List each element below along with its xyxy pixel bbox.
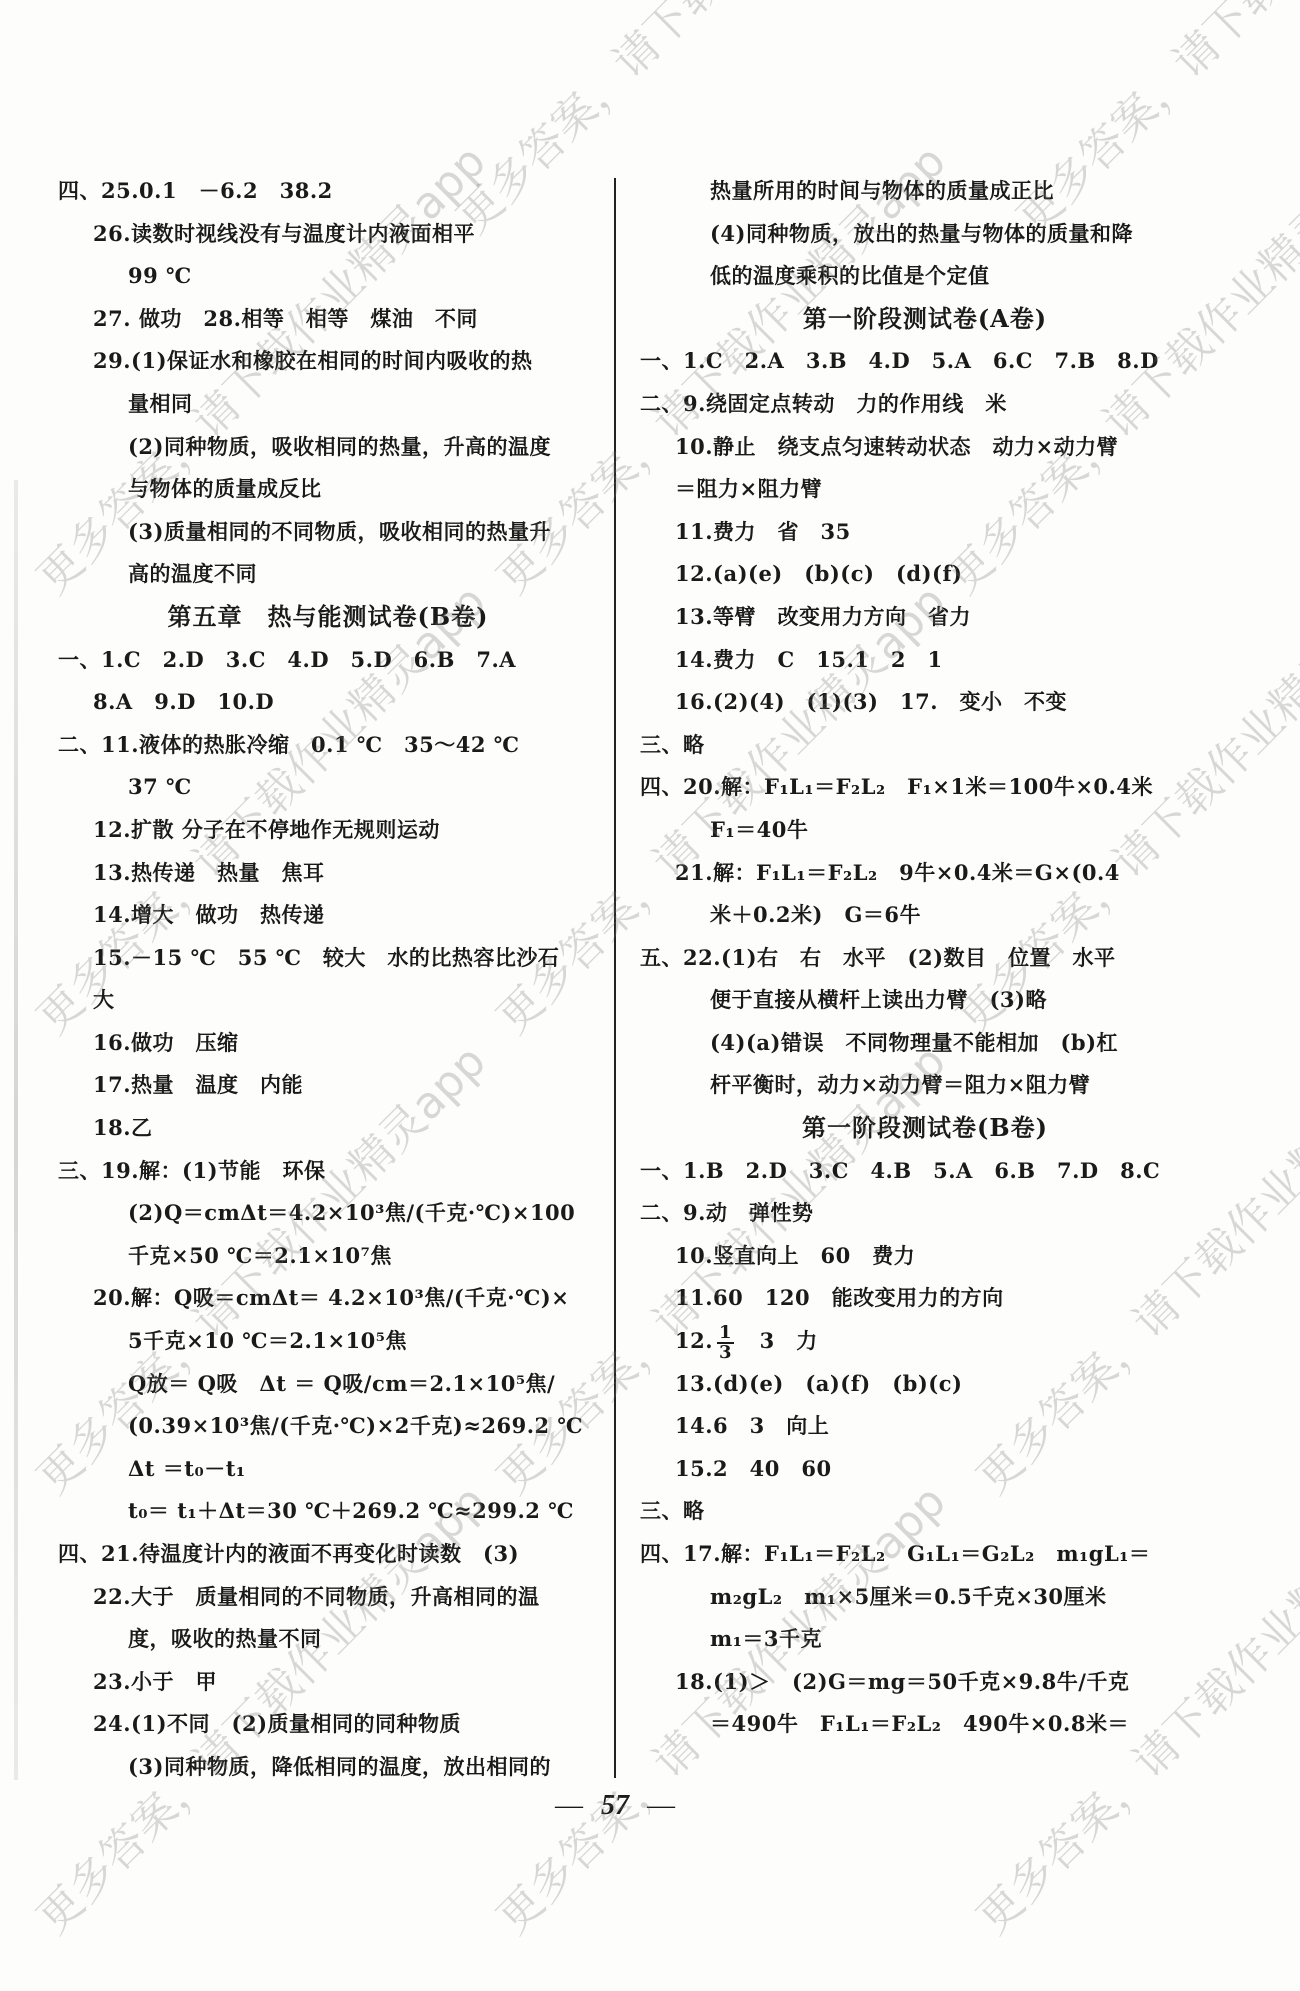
answer-text: 二、9.动 弹性势 (640, 1200, 813, 1225)
right-column: 热量所用的时间与物体的质量成正比(4)同种物质，放出的热量与物体的质量和降低的温… (640, 170, 1210, 1746)
answer-line: Q放＝ Q吸 Δt ＝ Q吸/cm＝2.1×10⁵焦/ (58, 1363, 598, 1406)
answer-text: 24.(1)不同 (2)质量相同的同种物质 (93, 1711, 461, 1736)
answer-line: (4)(a)错误 不同物理量不能相加 (b)杠 (640, 1022, 1210, 1065)
section-heading: 第五章 热与能测试卷(B卷) (58, 596, 598, 639)
answer-line: 杆平衡时，动力×动力臂＝阻力×阻力臂 (640, 1064, 1210, 1107)
answer-text: m₁＝3千克 (710, 1626, 822, 1651)
answer-line: 27. 做功 28.相等 相等 煤油 不同 (58, 298, 598, 341)
answer-line: 度，吸收的热量不同 (58, 1618, 598, 1661)
answer-text: 22.大于 质量相同的不同物质，升高相同的温 (93, 1584, 540, 1609)
answer-line: 23.小于 甲 (58, 1661, 598, 1704)
answer-line: 26.读数时视线没有与温度计内液面相平 (58, 213, 598, 256)
answer-line: 一、1.B 2.D 3.C 4.B 5.A 6.B 7.D 8.C (640, 1150, 1210, 1193)
answer-text: 27. 做功 28.相等 相等 煤油 不同 (93, 306, 478, 331)
answer-text: 37 ℃ (128, 774, 192, 799)
answer-line: 12.13 3 力 (640, 1320, 1210, 1363)
answer-line: 11.费力 省 35 (640, 511, 1210, 554)
answer-line: 13.等臂 改变用力方向 省力 (640, 596, 1210, 639)
answer-text: Q放＝ Q吸 Δt ＝ Q吸/cm＝2.1×10⁵焦/ (128, 1371, 555, 1396)
answer-line: 高的温度不同 (58, 553, 598, 596)
answer-line: (4)同种物质，放出的热量与物体的质量和降 (640, 213, 1210, 256)
answer-text: 26.读数时视线没有与温度计内液面相平 (93, 221, 475, 246)
column-divider (614, 178, 616, 1778)
page-number-value: 57 (601, 1790, 629, 1821)
answer-text: 13.(d)(e) (a)(f) (b)(c) (675, 1371, 962, 1396)
answer-text: 14.增大 做功 热传递 (93, 902, 325, 927)
answer-text: 11.60 120 能改变用力的方向 (675, 1285, 1004, 1310)
answer-text: 16.(2)(4) (1)(3) 17. 变小 不变 (675, 689, 1067, 714)
fraction-numerator: 1 (717, 1324, 734, 1344)
answer-text: 8.A 9.D 10.D (93, 689, 274, 714)
answer-line: 18.(1)＞ (2)G＝mg＝50千克×9.8牛/千克 (640, 1661, 1210, 1704)
answer-line: m₂gL₂ m₁×5厘米＝0.5千克×30厘米 (640, 1576, 1210, 1619)
answer-line: 一、1.C 2.D 3.C 4.D 5.D 6.B 7.A (58, 639, 598, 682)
left-column: 四、25.0.1 －6.2 38.226.读数时视线没有与温度计内液面相平99 … (58, 170, 598, 1789)
answer-line: F₁＝40牛 (640, 809, 1210, 852)
answer-line: 12.(a)(e) (b)(c) (d)(f) (640, 553, 1210, 596)
answer-line: 四、21.待温度计内的液面不再变化时读数 (3) (58, 1533, 598, 1576)
answer-text: 99 ℃ (128, 263, 192, 288)
answer-text: 五、22.(1)右 右 水平 (2)数目 位置 水平 (640, 945, 1116, 970)
answer-line: 低的温度乘积的比值是个定值 (640, 255, 1210, 298)
answer-line: 一、1.C 2.A 3.B 4.D 5.A 6.C 7.B 8.D (640, 340, 1210, 383)
answer-text: 23.小于 甲 (93, 1669, 217, 1694)
answer-text: 14.费力 C 15.1 2 1 (675, 647, 943, 672)
answer-text: (0.39×10³焦/(千克·℃)×2千克)≈269.2 ℃ (128, 1413, 583, 1438)
answer-text: 与物体的质量成反比 (128, 476, 322, 501)
answer-text: 三、19.解：(1)节能 环保 (58, 1158, 326, 1183)
section-heading: 第一阶段测试卷(B卷) (640, 1107, 1210, 1150)
answer-text: 热量所用的时间与物体的质量成正比 (710, 178, 1054, 203)
answer-text: 四、17.解：F₁L₁＝F₂L₂ G₁L₁＝G₂L₂ m₁gL₁＝ (640, 1541, 1150, 1566)
answer-text: 一、1.C 2.A 3.B 4.D 5.A 6.C 7.B 8.D (640, 348, 1159, 373)
answer-line: (3)质量相同的不同物质，吸收相同的热量升 (58, 511, 598, 554)
answer-line: 三、19.解：(1)节能 环保 (58, 1150, 598, 1193)
answer-line: 20.解：Q吸＝cmΔt＝ 4.2×10³焦/(千克·℃)× (58, 1277, 598, 1320)
answer-line: 99 ℃ (58, 255, 598, 298)
answer-line: 24.(1)不同 (2)质量相同的同种物质 (58, 1703, 598, 1746)
answer-text: 千克×50 ℃＝2.1×10⁷焦 (128, 1243, 392, 1268)
answer-line: (0.39×10³焦/(千克·℃)×2千克)≈269.2 ℃ (58, 1405, 598, 1448)
answer-text: 三、略 (640, 1498, 705, 1523)
answer-line: 16.(2)(4) (1)(3) 17. 变小 不变 (640, 681, 1210, 724)
answer-line: 13.热传递 热量 焦耳 (58, 852, 598, 895)
answer-text: 低的温度乘积的比值是个定值 (710, 263, 990, 288)
answer-line: 便于直接从横杆上读出力臂 (3)略 (640, 979, 1210, 1022)
answer-line: 29.(1)保证水和橡胶在相同的时间内吸收的热 (58, 340, 598, 383)
answer-line: 10.静止 绕支点匀速转动状态 动力×动力臂 (640, 426, 1210, 469)
answer-line: ＝阻力×阻力臂 (640, 468, 1210, 511)
answer-text: 四、20.解：F₁L₁＝F₂L₂ F₁×1米＝100牛×0.4米 (640, 774, 1153, 799)
answer-line: (2)同种物质，吸收相同的热量，升高的温度 (58, 426, 598, 469)
page-number-dash-right: — (647, 1790, 675, 1821)
answer-text: 第五章 热与能测试卷(B卷) (168, 602, 489, 631)
answer-text: 12.扩散 分子在不停地作无规则运动 (93, 817, 440, 842)
answer-text: 20.解：Q吸＝cmΔt＝ 4.2×10³焦/(千克·℃)× (93, 1285, 569, 1310)
answer-text: 度，吸收的热量不同 (128, 1626, 322, 1651)
answer-text: 大 (93, 987, 115, 1012)
answer-text: 17.热量 温度 内能 (93, 1072, 303, 1097)
answer-text: 13.热传递 热量 焦耳 (93, 860, 325, 885)
answer-text: t₀＝ t₁＋Δt＝30 ℃＋269.2 ℃≈299.2 ℃ (128, 1498, 574, 1523)
answer-line: 三、略 (640, 1490, 1210, 1533)
answer-text: ＝490牛 F₁L₁＝F₂L₂ 490牛×0.8米＝ (710, 1711, 1129, 1736)
answer-line: 大 (58, 979, 598, 1022)
answer-text: 3 力 (738, 1328, 818, 1353)
answer-text: 11.费力 省 35 (675, 519, 851, 544)
answer-line: (3)同种物质，降低相同的温度，放出相同的 (58, 1746, 598, 1789)
answer-line: 15.－15 ℃ 55 ℃ 较大 水的比热容比沙石 (58, 937, 598, 980)
answer-text: (3)同种物质，降低相同的温度，放出相同的 (128, 1754, 551, 1779)
answer-text: (2)Q＝cmΔt＝4.2×10³焦/(千克·℃)×100 (128, 1200, 575, 1225)
answer-line: 37 ℃ (58, 766, 598, 809)
answer-text: (4)同种物质，放出的热量与物体的质量和降 (710, 221, 1133, 246)
answer-line: 22.大于 质量相同的不同物质，升高相同的温 (58, 1576, 598, 1619)
answer-text: 一、1.C 2.D 3.C 4.D 5.D 6.B 7.A (58, 647, 516, 672)
page-edge-shadow (14, 480, 18, 1780)
answer-text: 21.解：F₁L₁＝F₂L₂ 9牛×0.4米＝G×(0.4 (675, 860, 1120, 885)
page-number: —57— (0, 1790, 1230, 1822)
answer-line: ＝490牛 F₁L₁＝F₂L₂ 490牛×0.8米＝ (640, 1703, 1210, 1746)
answer-line: 14.6 3 向上 (640, 1405, 1210, 1448)
answer-text: 四、21.待温度计内的液面不再变化时读数 (3) (58, 1541, 519, 1566)
answer-text: 16.做功 压缩 (93, 1030, 239, 1055)
answer-text: 第一阶段测试卷(B卷) (802, 1113, 1048, 1142)
answer-text: (3)质量相同的不同物质，吸收相同的热量升 (128, 519, 551, 544)
answer-text: 杆平衡时，动力×动力臂＝阻力×阻力臂 (710, 1072, 1090, 1097)
answer-line: 四、20.解：F₁L₁＝F₂L₂ F₁×1米＝100牛×0.4米 (640, 766, 1210, 809)
answer-line: m₁＝3千克 (640, 1618, 1210, 1661)
answer-line: 16.做功 压缩 (58, 1022, 598, 1065)
answer-text: 三、略 (640, 732, 705, 757)
answer-line: 15.2 40 60 (640, 1448, 1210, 1491)
answer-line: 三、略 (640, 724, 1210, 767)
answer-text: 二、11.液体的热胀冷缩 0.1 ℃ 35～42 ℃ (58, 732, 519, 757)
answer-line: 14.费力 C 15.1 2 1 (640, 639, 1210, 682)
answer-line: 二、11.液体的热胀冷缩 0.1 ℃ 35～42 ℃ (58, 724, 598, 767)
answer-text: 便于直接从横杆上读出力臂 (3)略 (710, 987, 1047, 1012)
answer-line: 量相同 (58, 383, 598, 426)
answer-text: 12.(a)(e) (b)(c) (d)(f) (675, 561, 962, 586)
answer-text: ＝阻力×阻力臂 (675, 476, 822, 501)
answer-line: Δt ＝t₀－t₁ (58, 1448, 598, 1491)
answer-line: 与物体的质量成反比 (58, 468, 598, 511)
answer-line: 五、22.(1)右 右 水平 (2)数目 位置 水平 (640, 937, 1210, 980)
answer-line: 四、17.解：F₁L₁＝F₂L₂ G₁L₁＝G₂L₂ m₁gL₁＝ (640, 1533, 1210, 1576)
answer-text: 高的温度不同 (128, 561, 257, 586)
answer-text: 10.静止 绕支点匀速转动状态 动力×动力臂 (675, 434, 1118, 459)
answer-text: 18.乙 (93, 1115, 153, 1140)
answer-text: 10.竖直向上 60 费力 (675, 1243, 915, 1268)
answer-text: 米＋0.2米) G＝6牛 (710, 902, 921, 927)
answer-text: 14.6 3 向上 (675, 1413, 829, 1438)
answer-line: (2)Q＝cmΔt＝4.2×10³焦/(千克·℃)×100 (58, 1192, 598, 1235)
answer-text: m₂gL₂ m₁×5厘米＝0.5千克×30厘米 (710, 1584, 1107, 1609)
section-heading: 第一阶段测试卷(A卷) (640, 298, 1210, 341)
answer-text: 18.(1)＞ (2)G＝mg＝50千克×9.8牛/千克 (675, 1669, 1129, 1694)
answer-line: 14.增大 做功 热传递 (58, 894, 598, 937)
answer-text: (2)同种物质，吸收相同的热量，升高的温度 (128, 434, 551, 459)
answer-line: 12.扩散 分子在不停地作无规则运动 (58, 809, 598, 852)
fraction: 13 (717, 1324, 734, 1362)
answer-line: 10.竖直向上 60 费力 (640, 1235, 1210, 1278)
answer-text: 第一阶段测试卷(A卷) (803, 304, 1047, 333)
answer-line: 米＋0.2米) G＝6牛 (640, 894, 1210, 937)
answer-line: 13.(d)(e) (a)(f) (b)(c) (640, 1363, 1210, 1406)
answer-text: 二、9.绕固定点转动 力的作用线 米 (640, 391, 1007, 416)
answer-text: 13.等臂 改变用力方向 省力 (675, 604, 971, 629)
fraction-denominator: 3 (717, 1344, 734, 1362)
answer-line: 二、9.绕固定点转动 力的作用线 米 (640, 383, 1210, 426)
answer-text: F₁＝40牛 (710, 817, 808, 842)
answer-line: 千克×50 ℃＝2.1×10⁷焦 (58, 1235, 598, 1278)
answer-line: 二、9.动 弹性势 (640, 1192, 1210, 1235)
page-number-dash-left: — (555, 1790, 583, 1821)
answer-text: Δt ＝t₀－t₁ (128, 1456, 246, 1481)
answer-line: 18.乙 (58, 1107, 598, 1150)
answer-line: 21.解：F₁L₁＝F₂L₂ 9牛×0.4米＝G×(0.4 (640, 852, 1210, 895)
answer-text: 量相同 (128, 391, 193, 416)
answer-text: (4)(a)错误 不同物理量不能相加 (b)杠 (710, 1030, 1118, 1055)
answer-line: 11.60 120 能改变用力的方向 (640, 1277, 1210, 1320)
answer-text: 29.(1)保证水和橡胶在相同的时间内吸收的热 (93, 348, 533, 373)
answer-text: 12. (675, 1328, 713, 1353)
answer-line: 四、25.0.1 －6.2 38.2 (58, 170, 598, 213)
answer-text: 15.－15 ℃ 55 ℃ 较大 水的比热容比沙石 (93, 945, 559, 970)
answer-text: 一、1.B 2.D 3.C 4.B 5.A 6.B 7.D 8.C (640, 1158, 1160, 1183)
answer-text: 5千克×10 ℃＝2.1×10⁵焦 (128, 1328, 407, 1353)
answer-line: t₀＝ t₁＋Δt＝30 ℃＋269.2 ℃≈299.2 ℃ (58, 1490, 598, 1533)
answer-line: 8.A 9.D 10.D (58, 681, 598, 724)
answer-line: 5千克×10 ℃＝2.1×10⁵焦 (58, 1320, 598, 1363)
answer-text: 15.2 40 60 (675, 1456, 832, 1481)
answer-line: 17.热量 温度 内能 (58, 1064, 598, 1107)
answer-text: 四、25.0.1 －6.2 38.2 (58, 178, 333, 203)
answer-line: 热量所用的时间与物体的质量成正比 (640, 170, 1210, 213)
